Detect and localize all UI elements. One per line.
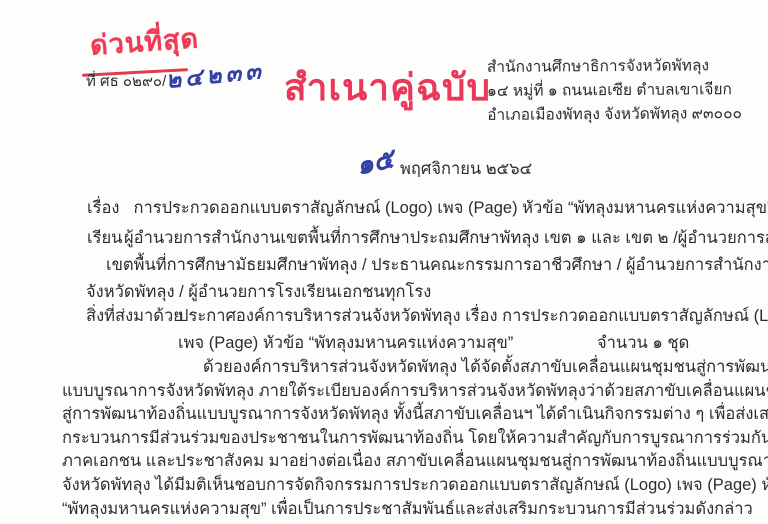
body-paragraph: ด้วยองค์การบริหารส่วนจังหวัดพัทลุง ได้จั…: [62, 356, 730, 521]
letterhead-address: สำนักงานศึกษาธิการจังหวัดพัทลุง ๑๔ หมู่ท…: [487, 54, 742, 128]
attachment-label: สิ่งที่ส่งมาด้วย: [86, 303, 183, 329]
date-day-handwritten: ๑๕: [352, 137, 398, 187]
body-line: กระบวนการมีส่วนร่วมของประชาชนในการพัฒนาท…: [62, 427, 730, 451]
recipient-line-1: ผู้อำนวยการสำนักงานเขตพื้นที่การศึกษาประ…: [124, 225, 768, 251]
letterhead-office: สำนักงานศึกษาธิการจังหวัดพัทลุง: [487, 54, 742, 80]
date-month-year: พฤศจิกายน ๒๕๖๔: [400, 156, 532, 182]
body-line: แบบบูรณาการจังหวัดพัทลุง ภายใต้ระเบียบอง…: [62, 380, 730, 404]
subject-line: เรื่องการประกวดออกแบบตราสัญลักษณ์ (Logo)…: [87, 195, 768, 221]
subject-text: การประกวดออกแบบตราสัญลักษณ์ (Logo) เพจ (…: [133, 199, 768, 217]
recipient-line-2: เขตพื้นที่การศึกษามัธยมศึกษาพัทลุง / ประ…: [106, 252, 768, 278]
body-line: ด้วยองค์การบริหารส่วนจังหวัดพัทลุง ได้จั…: [203, 356, 730, 380]
attachment-line-2: เพจ (Page) หัวข้อ “พัทลุงมหานครแห่งความส…: [178, 330, 513, 356]
letterhead-street: ๑๔ หมู่ที่ ๑ ถนนเอเซีย ตำบลเขาเจียก: [487, 78, 742, 104]
body-line: ภาคเอกชน และประชาสังคม มาอย่างต่อเนื่อง …: [62, 450, 730, 474]
letterhead-city: อำเภอเมืองพัทลุง จังหวัดพัทลุง ๙๓๐๐๐: [487, 102, 742, 128]
body-line: จังหวัดพัทลุง ได้มีมติเห็นชอบการจัดกิจกร…: [62, 474, 730, 498]
body-line: “พัทลุงมหานครแห่งความสุข” เพื่อเป็นการปร…: [62, 498, 730, 522]
document-number: ที่ ศธ ๐๒๙๐/๒๔๒๓๓: [86, 61, 265, 97]
body-line: สู่การพัฒนาท้องถิ่นแบบบูรณาการจังหวัดพัท…: [62, 403, 730, 427]
urgency-stamp: ด่วนที่สุด: [89, 16, 201, 66]
subject-label: เรื่อง: [87, 199, 119, 217]
attachment-quantity: จำนวน ๑ ชุด: [597, 330, 689, 356]
copy-of-original-title: สำเนาคู่ฉบับ: [284, 58, 491, 117]
recipient-line-3: จังหวัดพัทลุง / ผู้อำนวยการโรงเรียนเอกชน…: [86, 279, 431, 305]
document-number-prefix: ที่ ศธ ๐๒๙๐/: [86, 73, 166, 90]
attachment-line-1: ประกาศองค์การบริหารส่วนจังหวัดพัทลุง เรื…: [178, 303, 768, 329]
recipient-label: เรียน: [87, 225, 122, 251]
